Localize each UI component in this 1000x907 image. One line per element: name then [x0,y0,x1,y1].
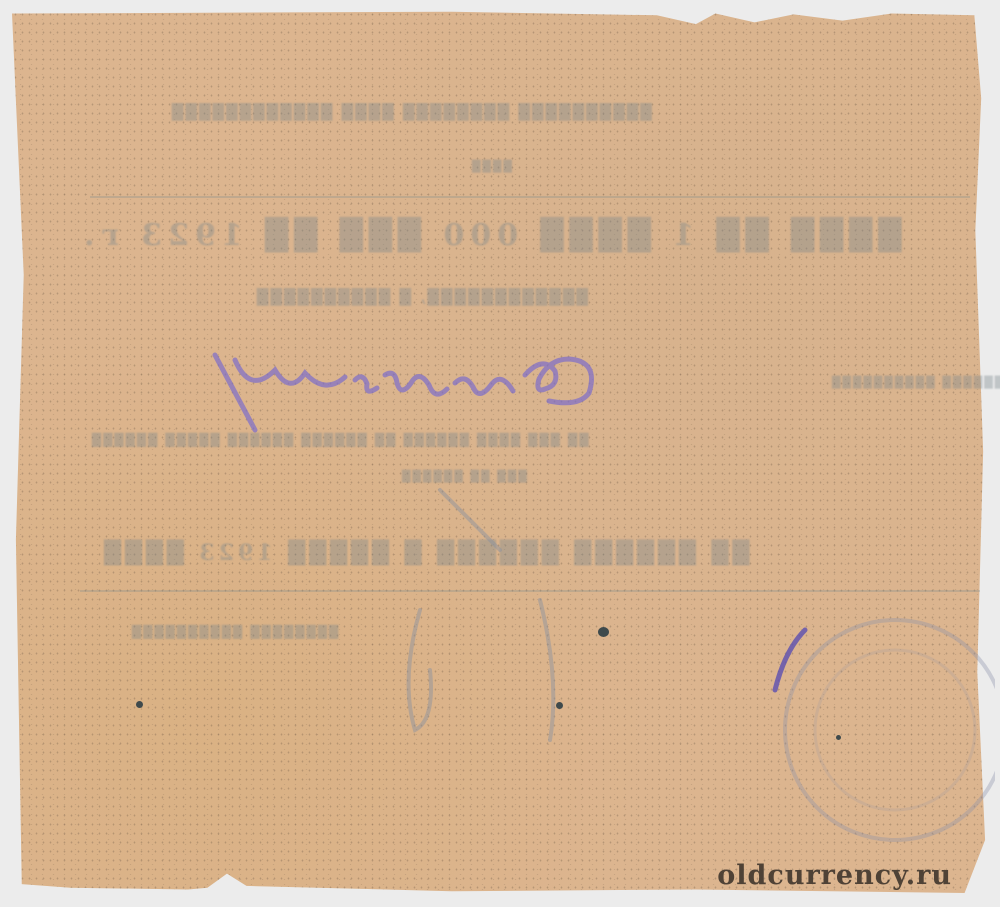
ink-spot [836,735,841,740]
bleed-line-6: ████████ ██████████ [130,625,338,639]
stamp-icon [755,590,995,850]
divider-line [90,196,970,198]
bleed-line-title: ████ ██ 1 ████ 000 ███ ██ 1923 г. [78,218,901,253]
bleed-line-sub: ████ [470,160,512,173]
bleed-line-2: ████████████, █ ██████████ [255,288,588,306]
bleed-line-3: ██████ ██████████ [830,376,1000,389]
ink-spot [136,701,143,708]
watermark-text: oldcurrency.ru [717,860,952,891]
signature-icon [205,335,645,445]
ink-spot [556,702,563,709]
pencil-mark-icon [380,480,600,750]
ink-spot [598,627,609,637]
bleed-line-header: ██████████ ████████ ████ ████████████ [170,103,652,121]
